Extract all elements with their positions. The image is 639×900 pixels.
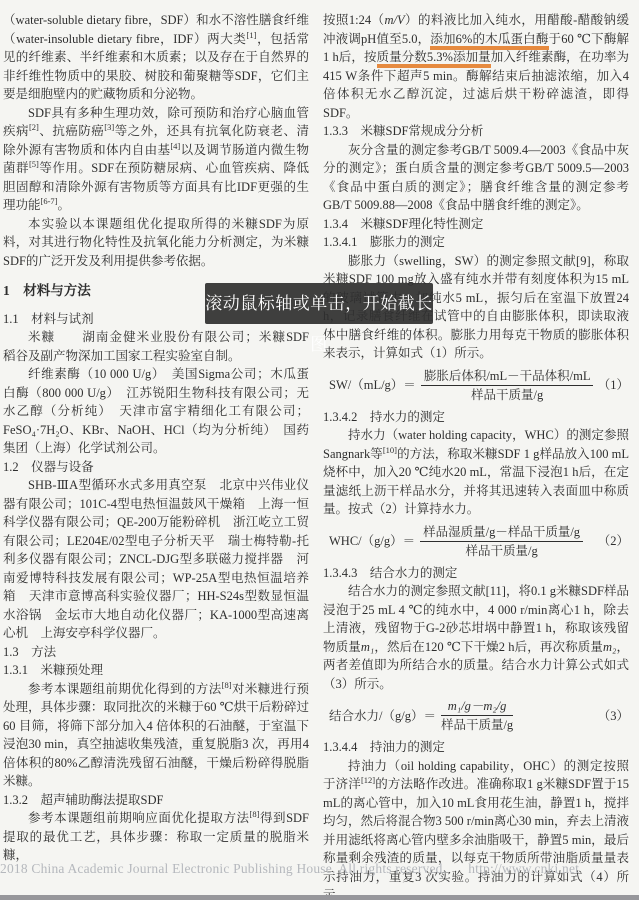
- section-heading-methods: 1.3 方法: [3, 643, 309, 662]
- paragraph-gb-standards: 灰分含量的测定参考GB/T 5009.4—2003《食品中灰分的测定》；蛋白质含…: [323, 141, 629, 215]
- formula-lhs: WHC/（g/g）＝: [329, 533, 415, 549]
- citation-ref-10: [10]: [383, 444, 397, 454]
- paragraph-study-purpose: 本实验以本课题组优化提取所得的米糠SDF为原料，对其进行物化特性及抗氧化能力分析…: [3, 215, 309, 271]
- text-run: ，然后在120 ℃下干燥2 h后，再次称质量: [374, 640, 603, 654]
- cnki-url: http://www.cnki.net: [468, 861, 579, 876]
- paragraph-ohc-method: 持油力（oil holding capability，OHC）的测定按照于济洋[…: [323, 757, 629, 900]
- section-heading-ultrasonic-enzyme-extraction: 1.3.2 超声辅助酶法提取SDF: [3, 791, 309, 810]
- paragraph-whc-method: 持水力（water holding capacity，WHC）的测定参照Sang…: [323, 426, 629, 519]
- text-run: 的方法略作改进。准确称取1 g米糠SDF置于15 mL的离心管中，加入10 mL…: [323, 777, 629, 900]
- paragraph-sdf-functions: SDF具有多种生理功效，除可预防和治疗心脑血管疾病[2]、抗癌防癌[3]等之外，…: [3, 104, 309, 215]
- text-run: 。: [58, 198, 71, 212]
- section-heading-whc: 1.3.4.2 持水力的测定: [323, 408, 629, 427]
- right-column: 按照1:24（m/V）的料液比加入纯水，用醋酸-醋酸钠缓冲液调pH值至5.0，添…: [323, 11, 629, 900]
- paragraph-extraction-conditions: 按照1:24（m/V）的料液比加入纯水，用醋酸-醋酸钠缓冲液调pH值至5.0，添…: [323, 11, 629, 122]
- long-screenshot-tooltip[interactable]: 滚动鼠标轴或单击，开始截长图: [205, 283, 433, 324]
- left-column: （water-soluble dietary fibre，SDF）和水不溶性膳食…: [3, 11, 309, 865]
- section-heading-composition-analysis: 1.3.3 米糠SDF常规成分分析: [323, 122, 629, 141]
- formula-denominator: 样品干质量/g: [421, 386, 594, 403]
- text-run: 按照1:24（: [323, 13, 384, 27]
- paragraph-instruments-list: SHB-ⅢA型循环水式多用真空泵 北京中兴伟业仪器有限公司；101C-4型电热恒…: [3, 476, 309, 643]
- section-heading-bound-water: 1.3.4.3 结合水力的测定: [323, 564, 629, 583]
- formula-swelling: SW/（mL/g）＝ 膨胀后体积/mL－干品体积/mL样品干质量/g （1）: [329, 368, 629, 403]
- formula-denominator: 样品干质量/g: [441, 716, 513, 733]
- highlight-underline-cellulase: 质量分数5.3%添加量: [377, 50, 491, 68]
- formula-lhs: SW/（mL/g）＝: [329, 377, 416, 393]
- section-heading-swelling: 1.3.4.1 膨胀力的测定: [323, 233, 629, 252]
- formula-number: （1）: [598, 377, 629, 393]
- scanned-paper-page: { "tooltip": { "text": "滚动鼠标轴或单击，开始截长图" …: [0, 0, 639, 900]
- variable-m1: m₁: [361, 640, 374, 654]
- text-run: 对米糠进行预处理，具体步骤：取同批次的米糠于60 ℃烘干后粉碎过60 目筛，将筛…: [3, 682, 309, 789]
- section-heading-physicochemical-properties: 1.3.4 米糠SDF理化特性测定: [323, 215, 629, 234]
- formula-fraction: 样品湿质量/g－样品干质量/g样品干质量/g: [420, 524, 583, 559]
- variable-m2: m₂: [603, 640, 616, 654]
- section-heading-ohc: 1.3.4.4 持油力的测定: [323, 738, 629, 757]
- formula-bound-water: 结合水力/（g/g）＝ m₁/g－m₂/g样品干质量/g （3）: [329, 698, 629, 733]
- formula-whc: WHC/（g/g）＝ 样品湿质量/g－样品干质量/g样品干质量/g （2）: [329, 524, 629, 559]
- formula-number: （3）: [598, 708, 629, 724]
- citation-ref-8: [8]: [222, 679, 232, 689]
- citation-ref-12: [12]: [361, 775, 375, 785]
- citation-ref-8b: [8]: [250, 809, 260, 819]
- text-run: 参考本课题组前期优化得到的方法: [28, 682, 222, 696]
- window-bottom-edge: [0, 895, 639, 900]
- citation-ref-5: [5]: [29, 159, 39, 169]
- formula-fraction: 膨胀后体积/mL－干品体积/mL样品干质量/g: [421, 368, 594, 403]
- citation-ref-6-7: [6-7]: [41, 196, 58, 206]
- paragraph-sdf-definition: （water-soluble dietary fibre，SDF）和水不溶性膳食…: [3, 11, 309, 104]
- citation-ref-3: [3]: [104, 122, 114, 132]
- paragraph-reagents-list: 纤维素酶（10 000 U/g） 美国Sigma公司；木瓜蛋白酶（800 000…: [3, 365, 309, 458]
- copyright-text: 2018 China Academic Journal Electronic P…: [0, 861, 446, 876]
- cnki-watermark-footer: 2018 China Academic Journal Electronic P…: [0, 861, 639, 877]
- highlight-underline-papain: 添加6%的木瓜蛋白酶: [430, 32, 548, 50]
- formula-denominator: 样品干质量/g: [420, 542, 583, 559]
- citation-ref-2: [2]: [29, 122, 39, 132]
- text-run: 参考本课题组前期响应面优化提取方法: [28, 811, 250, 825]
- paragraph-pretreatment-steps: 参考本课题组前期优化得到的方法[8]对米糠进行预处理，具体步骤：取同批次的米糠于…: [3, 680, 309, 791]
- formula-lhs: 结合水力/（g/g）＝: [329, 708, 436, 724]
- variable-mv: m/V: [384, 13, 404, 27]
- formula-numerator: 样品湿质量/g－样品干质量/g: [420, 524, 583, 542]
- section-heading-pretreatment: 1.3.1 米糠预处理: [3, 661, 309, 680]
- paragraph-extraction-process-start: 参考本课题组前期响应面优化提取方法[8]得到SDF提取的最优工艺，具体步骤：称取…: [3, 809, 309, 865]
- paragraph-bound-water-method: 结合水力的测定参照文献[11]，将0.1 g米糠SDF样品浸泡于25 mL 4 …: [323, 582, 629, 693]
- formula-numerator: 膨胀后体积/mL－干品体积/mL: [421, 368, 594, 386]
- text-run: 、抗癌防癌: [39, 124, 104, 138]
- paragraph-rice-bran-source: 米糠 湖南金健米业股份有限公司；米糠SDF 稻谷及副产物深加工国家工程实验室自制…: [3, 328, 309, 365]
- citation-ref-1: [1]: [247, 29, 257, 39]
- formula-number: （2）: [598, 533, 629, 549]
- formula-numerator: m₁/g－m₂/g: [441, 698, 513, 716]
- formula-fraction: m₁/g－m₂/g样品干质量/g: [441, 698, 513, 733]
- section-heading-instruments: 1.2 仪器与设备: [3, 458, 309, 477]
- citation-ref-4: [4]: [170, 140, 180, 150]
